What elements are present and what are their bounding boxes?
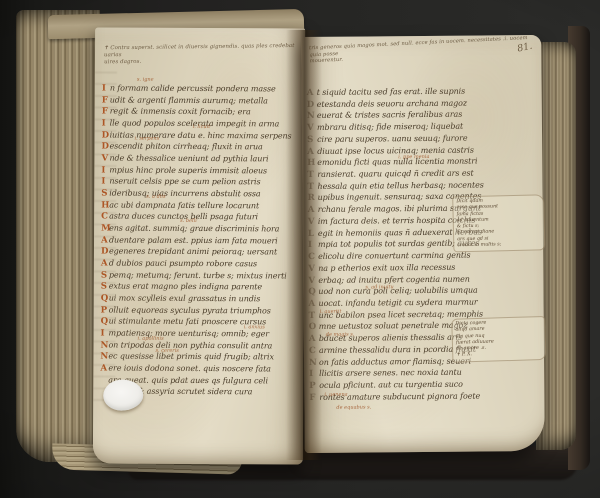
gutter-initial: N	[307, 111, 315, 121]
verse-line: Aduentare palam est. ppius iam fata moue…	[101, 235, 299, 248]
rubricated-initial: I	[102, 83, 110, 93]
margin-note-line: ✝ P. X.	[456, 351, 542, 360]
verse-line: Polluit equoreas syculus pyrata triumpho…	[101, 305, 299, 318]
verse-line: Vnde & thessalice ueniunt ad pythia laur…	[101, 154, 299, 167]
gutter-initial: I	[308, 240, 316, 250]
verse-line: Diuitias numerare datu e. hinc maxima se…	[102, 130, 300, 143]
verse-text: n formam calide percussit pondera masse	[110, 84, 276, 94]
verse-line: Qui stimulante metu fati pnoscere cursus	[101, 317, 299, 330]
interlinear-gloss: i. serpens	[135, 136, 160, 142]
margin-note-lower: Dicta cogerealiqd amareilla que nuqfuera…	[451, 316, 546, 363]
margin-note-line: credat in multis s;	[457, 241, 541, 249]
rubricated-initial: I	[101, 165, 109, 175]
verse-line: In formam calide percussit pondera masse	[102, 83, 300, 96]
gutter-initial: R	[308, 193, 316, 203]
verse-line: Fudit & argenti flammis aurumq; metalla	[102, 95, 300, 108]
verse-text: mpius hinc prole superis immisit aloeus	[109, 165, 267, 175]
rubricated-initial: D	[101, 247, 109, 257]
left-text-column: In formam calide percussit pondera masse…	[100, 83, 300, 399]
interlinear-gloss: i. apollinis	[137, 336, 163, 342]
interlinear-gloss: de equabus s.	[336, 404, 371, 410]
rubricated-initial: F	[102, 95, 110, 105]
gutter-initial: D	[307, 100, 315, 110]
verse-line: Mens agitat. summiq; graue discriminis h…	[101, 224, 299, 237]
verse-line: Hac ubi dampnata fatis tellure locarunt	[101, 200, 299, 213]
rubricated-initial: S	[101, 189, 109, 199]
verse-text: ac ubi dampnata fatis tellure locarunt	[109, 200, 259, 210]
gutter-initial: A	[308, 299, 316, 309]
verse-text: d dubios pauci psumpto robore casus	[109, 259, 257, 269]
verse-text: t siquid tacitu sed fas erat. ille supni…	[317, 87, 465, 97]
verse-text: ere iouis dodona sonet. quis noscere fat…	[108, 364, 271, 374]
gutter-initial: T	[309, 311, 317, 321]
verse-text: escendit phiton cirrheaq; fluxit in arua	[109, 142, 262, 152]
white-round-sticker	[103, 380, 143, 411]
verse-text: udit & argenti flammis aurumq; metalla	[110, 95, 268, 105]
verse-line: Castra duces cunctos belli psaga futuri	[101, 212, 299, 225]
verse-text: nseruit celsis ppe se cum pelion astris	[109, 177, 260, 187]
rubricated-initial: D	[102, 130, 110, 140]
gutter-initial: H	[307, 158, 315, 168]
gutter-initial: P	[309, 381, 317, 391]
verse-line: Impius hinc prole superis immisit aloeus	[101, 165, 299, 178]
rubricated-initial: S	[101, 270, 109, 280]
gutter-initial: C	[308, 252, 316, 262]
rubricated-initial: C	[101, 212, 109, 222]
interlinear-gloss: i. anxius	[244, 324, 265, 330]
gutter-initial: Q	[308, 287, 316, 297]
gutter-initial: V	[308, 264, 316, 274]
verse-text: ransierat. quaru quicqd ñ credit ars est	[317, 169, 473, 179]
gutter-initial: I	[309, 369, 317, 379]
verse-line: Sideribusq; uias incurrens abstulit ossa	[101, 189, 299, 202]
verse-line: Nec quesisse libet primis quid frugib; a…	[100, 352, 298, 365]
rubricated-initial: Q	[101, 317, 109, 327]
verse-text: egeneres trepidant animi peioraq; uersan…	[109, 247, 277, 257]
verse-text: etestanda deis seuoru archana magoz	[317, 98, 467, 108]
left-page: ✝ Contra superst. scilicet in diuersis g…	[93, 27, 305, 464]
rubricated-initial: A	[101, 235, 109, 245]
rubricated-initial: A	[101, 259, 109, 269]
verse-text: ui stimulante metu fati pnoscere cursus	[109, 317, 267, 327]
verse-text: duentare palam est. ppius iam fata mouer…	[109, 235, 278, 245]
verse-line: Spemq; metumq; ferunt. turbe s; mixtus i…	[101, 270, 299, 283]
gutter-initial: A	[307, 147, 315, 157]
verse-text: regit & inmensis coxit fornacib; era	[110, 107, 251, 117]
verse-text: uod non cura poli celiq; uolubilis umqua	[318, 286, 477, 296]
verse-text: on tripodas deli non pythia consulit ant…	[108, 340, 272, 350]
verse-line: Inseruit celsis ppe se cum pelion astris	[101, 177, 299, 190]
verse-line: Descendit phiton cirrheaq; fluxit in aru…	[101, 142, 299, 155]
verse-line: Ad dubios pauci psumpto robore casus	[101, 259, 299, 272]
verse-text: mbraru ditisq; fide miseroq; liquebat	[317, 122, 463, 132]
rubricated-initial: H	[101, 200, 109, 210]
rubricated-initial: A	[100, 364, 108, 374]
rubricated-initial: F	[102, 107, 110, 117]
gutter-initial: V	[308, 275, 316, 285]
gutter-initial: T	[307, 182, 315, 192]
verse-text: ec quesisse libet primis quid frugib; al…	[108, 352, 274, 362]
verse-text: nde & thessalice ueniunt ad pythia lauri	[109, 154, 268, 164]
gutter-initial: A	[309, 334, 317, 344]
interlinear-gloss: i. uenena	[324, 392, 347, 398]
left-header-line2: uires dagros.	[104, 57, 309, 67]
rubricated-initial: V	[101, 154, 109, 164]
verse-text: ui mox scylleis exul grassatus in undis	[109, 294, 261, 304]
interlinear-gloss: i. licuit	[193, 124, 211, 130]
verse-line: Impatiensq; more uenturisq; omnib; eger	[101, 329, 299, 342]
rubricated-initial: I	[102, 119, 110, 129]
right-page: tris generos quia magos mot. sed null. e…	[301, 35, 545, 453]
verse-text: llicitis arsere senes. nec noxia tantu	[319, 368, 462, 378]
verse-text: pemq; metumq; ferunt. turbe s; mixtus in…	[109, 270, 287, 280]
verse-line: Fregit & inmensis coxit fornacib; era	[102, 107, 300, 120]
verse-text: ocula pficiunt. aut cu turgentia suco	[319, 380, 463, 390]
verse-text: elicolu dire conuertunt carmina gentis	[318, 251, 470, 261]
interlinear-gloss: s. a diis	[146, 194, 165, 200]
margin-note-upper: Dicit qdamesse que possuntfama fictasad …	[452, 194, 545, 252]
verse-text: on fatis adductus amor flamisq; seueri	[319, 356, 471, 366]
gutter-initial: T	[307, 170, 315, 180]
verse-text: hessala quin etia tellus herbasq; nocent…	[317, 180, 483, 190]
verse-text: ideribusq; uias incurrens abstulit ossa	[109, 189, 260, 199]
interlinear-gloss: s. cereris	[155, 348, 178, 354]
verse-line: Degeneres trepidant animi peioraq; uersa…	[101, 247, 299, 260]
verse-line: Sextus erat magno ples indigna parente	[101, 282, 299, 295]
gutter-initial: N	[309, 357, 317, 367]
verse-line: Qui mox scylleis exul grassatus in undis	[101, 294, 299, 307]
verse-text: uocat. infandu tetigit cu sydera murmur	[318, 297, 477, 307]
verse-text: euerat & tristes sacris feralibus aras	[317, 110, 462, 120]
interlinear-gloss: s. ad inuitu	[365, 284, 393, 290]
rubricated-initial: P	[101, 305, 109, 315]
left-header-annotation: ✝ Contra superst. scilicet in diuersis g…	[104, 43, 309, 67]
gutter-initial: A	[308, 205, 316, 215]
left-fore-edge-pages	[16, 10, 100, 462]
gutter-initial: C	[309, 346, 317, 356]
interlinear-gloss: de magis s.	[326, 332, 355, 338]
gutter-initial: O	[309, 322, 317, 332]
verse-text: ens agitat. summiq; graue discriminis ho…	[109, 224, 279, 234]
interlinear-gloss: i. auertit	[320, 309, 342, 315]
verse-text: na p etherios exit uox illa recessus	[318, 263, 455, 273]
rubricated-initial: I	[101, 177, 109, 187]
gutter-initial: A	[307, 88, 315, 98]
rubricated-initial: I	[101, 329, 109, 339]
manuscript-photo: ✝ Contra superst. scilicet in diuersis g…	[0, 0, 600, 498]
rubricated-initial: N	[100, 340, 108, 350]
verse-text: diuuat ipse locus uicinaq; menia castris	[317, 145, 474, 155]
rubricated-initial: N	[100, 352, 108, 362]
verse-text: extus erat magno ples indigna parente	[109, 282, 262, 292]
gutter-initial: V	[307, 123, 315, 133]
verse-text: olluit equoreas syculus pyrata triumphos	[109, 305, 271, 315]
verse-text: mne uetustoz soluat penetrale magoz	[319, 321, 468, 331]
rubricated-initial: Q	[101, 294, 109, 304]
gutter-initial: S	[307, 135, 315, 145]
gutter-initial: V	[308, 217, 316, 227]
right-header-annotation: tris generos quia magos mot. sed null. e…	[309, 35, 538, 65]
rubricated-initial: D	[101, 142, 109, 152]
rubricated-initial: S	[101, 282, 109, 292]
verse-text: cire paru superos. uanu seuuq; furore	[317, 133, 467, 143]
interlinear-gloss: i. ppe menia	[398, 154, 429, 160]
interlinear-gloss: s. belli	[180, 218, 197, 224]
verse-line: Aere iouis dodona sonet. quis noscere fa…	[100, 364, 298, 377]
verse-line: Non tripodas deli non pythia consulit an…	[100, 340, 298, 353]
interlinear-gloss: s. igne	[137, 77, 154, 83]
verse-text: erbaq; ad inuitu pfert cogentia numen	[318, 274, 470, 284]
rubricated-initial: M	[101, 224, 109, 234]
gutter-initial: L	[308, 229, 316, 239]
gutter-initial: F	[309, 393, 317, 403]
